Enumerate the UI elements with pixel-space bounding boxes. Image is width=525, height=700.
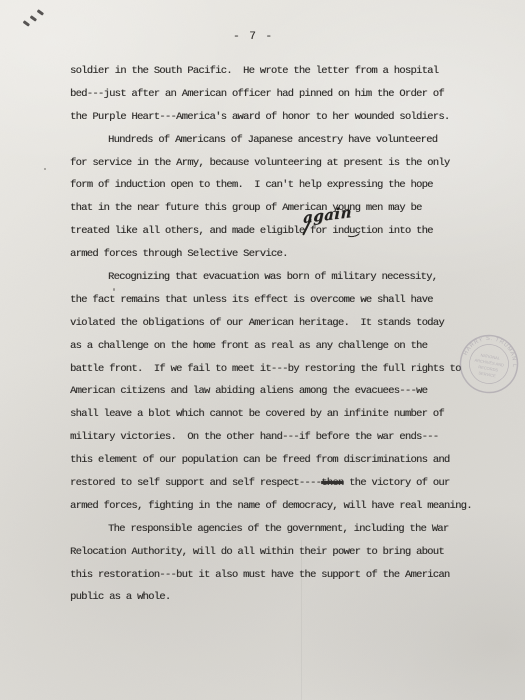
text-line: Relocation Authority, will do all within… [70, 541, 490, 564]
text-line: this restoration---but it also must have… [70, 564, 490, 587]
text-line: treated like all others, and made eligib… [70, 220, 490, 243]
text-line: armed forces, fighting in the name of de… [70, 495, 490, 518]
text-line: American citizens and law abiding aliens… [70, 380, 490, 403]
text-segment: the victory of our [343, 477, 449, 489]
text-line: battle front. If we fail to meet it---by… [70, 358, 490, 381]
handwritten-insertion: again [303, 201, 352, 230]
text-line: for service in the Army, because volunte… [70, 152, 490, 175]
text-line: this element of our population can be fr… [70, 449, 490, 472]
text-line: Hundreds of Americans of Japanese ancest… [70, 129, 490, 152]
text-line: restored to self support and self respec… [70, 472, 490, 495]
text-line: soldier in the South Pacific. He wrote t… [70, 60, 490, 83]
text-line: the fact remains that unless its effect … [70, 289, 490, 312]
text-segment: restored to self support and self respec… [70, 477, 321, 489]
text-line: The responsible agencies of the governme… [70, 518, 490, 541]
text-line: public as a whole. [70, 586, 490, 609]
page-number: - 7 - [233, 31, 274, 43]
text-line: Recognizing that evacuation was born of … [70, 266, 490, 289]
text-line: shall leave a blot which cannot be cover… [70, 403, 490, 426]
scanned-document-page: - 7 - soldier in the South Pacific. He w… [0, 0, 525, 700]
handwritten-flourish [344, 225, 362, 239]
text-line: violated the obligations of our American… [70, 312, 490, 335]
text-line: bed---just after an American officer had… [70, 83, 490, 106]
text-line: armed forces through Selective Service. [70, 243, 490, 266]
text-line: military victories. On the other hand---… [70, 426, 490, 449]
ink-speck [44, 168, 46, 170]
document-body: soldier in the South Pacific. He wrote t… [70, 60, 490, 609]
text-line: form of induction open to them. I can't … [70, 174, 490, 197]
text-line: as a challenge on the home front as real… [70, 335, 490, 358]
staple-mark [23, 20, 30, 26]
struck-word: then [321, 477, 343, 489]
text-line: that in the near future this group of Am… [70, 197, 490, 220]
text-line: the Purple Heart---America's award of ho… [70, 106, 490, 129]
staple-mark [30, 15, 37, 21]
staple-mark [37, 9, 44, 15]
